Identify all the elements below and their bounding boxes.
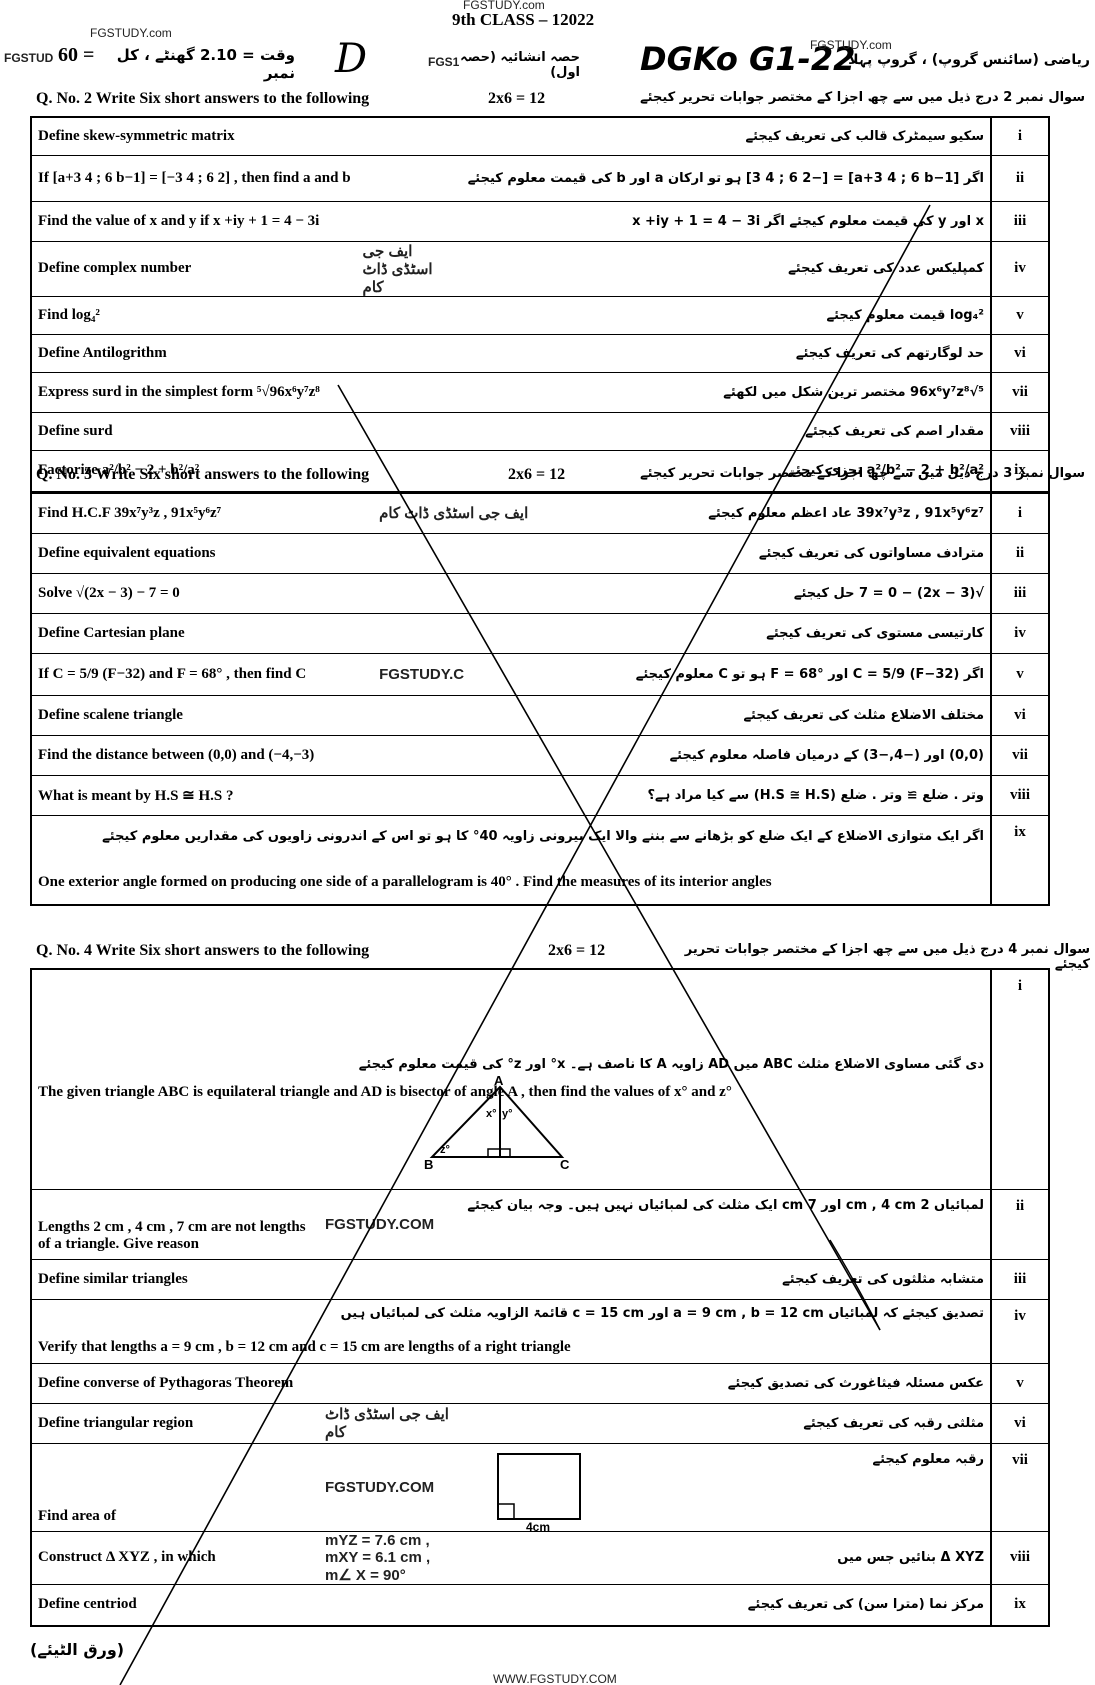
label-y: y° xyxy=(502,1108,513,1120)
question-urdu: لمبائیاں 2 cm , 4 cm اور 7 cm ایک مثلث ک… xyxy=(461,1189,991,1259)
question-number: vi xyxy=(991,1403,1049,1443)
question-middle xyxy=(357,117,462,155)
question-number: ix xyxy=(991,1584,1049,1626)
q4-marks: 2x6 = 12 xyxy=(548,942,605,960)
question-middle xyxy=(319,1259,461,1299)
question-number: ii xyxy=(991,1189,1049,1259)
watermark-right: FGSTUDY.com xyxy=(810,38,892,52)
question-english: Find H.C.F 39x⁷y³z , 91x⁵y⁶z⁷ xyxy=(31,493,373,533)
question-urdu: log₄² قیمت معلوم کیجئے xyxy=(462,296,991,334)
q2-marks: 2x6 = 12 xyxy=(488,90,545,108)
question-row: Define centriodمرکز نما (مترا سن) کی تعر… xyxy=(31,1584,1049,1626)
question-middle xyxy=(319,1363,461,1403)
question-bilingual-cell: اگر ایک متوازی الاضلاع کے ایک ضلع کو بڑھ… xyxy=(31,815,991,905)
question-row: Define complex numberایف جی اسٹڈی ڈاٹ کا… xyxy=(31,241,1049,296)
question-number: iii xyxy=(991,1259,1049,1299)
question-middle xyxy=(319,1584,461,1626)
question-urdu: کمپلیکس عدد کی تعریف کیجئے xyxy=(462,241,991,296)
q3-marks: 2x6 = 12 xyxy=(508,466,565,484)
question-number: ii xyxy=(991,533,1049,573)
question-english: If [a+3 4 ; 6 b−1] = [−3 4 ; 6 2] , then… xyxy=(31,155,357,201)
question-english: Find log₄² xyxy=(31,296,357,334)
question-middle xyxy=(357,296,462,334)
question-number: ii xyxy=(991,155,1049,201)
question-english: Find area of xyxy=(31,1443,319,1531)
question-english: Define similar triangles xyxy=(31,1259,319,1299)
question-urdu: کارتیسی مستوی کی تعریف کیجئے xyxy=(564,613,991,653)
question-english: Construct Δ XYZ , in which xyxy=(31,1531,319,1584)
question-middle: FGSTUDY.COM xyxy=(319,1189,461,1259)
question-urdu: مقدار اصم کی تعریف کیجئے xyxy=(462,412,991,450)
question-row: What is meant by H.S ≅ H.S ?وتر . ضلع ≅ … xyxy=(31,775,1049,815)
label-a: A xyxy=(494,1075,504,1088)
question-english: Define converse of Pythagoras Theorem xyxy=(31,1363,319,1403)
question-number: vi xyxy=(991,695,1049,735)
question-number: vii xyxy=(991,1443,1049,1531)
question-urdu: √(2x − 3) − 7 = 0 حل کیجئے xyxy=(564,573,991,613)
watermark-mid: FGS1 xyxy=(428,55,459,69)
question-middle xyxy=(373,695,564,735)
question-middle xyxy=(373,735,564,775)
q3-heading-urdu: سوال نمبر 3 درج ذیل میں سے چھ اجزا کے مخ… xyxy=(640,466,1085,481)
question-number: i xyxy=(991,493,1049,533)
question-row: Define scalene triangleمختلف الاضلاع مثل… xyxy=(31,695,1049,735)
question-english: Find the value of x and y if x +iy + 1 =… xyxy=(31,201,357,241)
q3-table: Find H.C.F 39x⁷y³z , 91x⁵y⁶z⁷ایف جی اسٹڈ… xyxy=(30,492,1050,906)
question-middle xyxy=(357,155,462,201)
question-number: v xyxy=(991,1363,1049,1403)
question-urdu: Δ XYZ بنائیں جس میں xyxy=(461,1531,991,1584)
question-urdu: سکیو سیمٹرک قالب کی تعریف کیجئے xyxy=(462,117,991,155)
question-number: iii xyxy=(991,573,1049,613)
question-english: Define centriod xyxy=(31,1584,319,1626)
question-number: iv xyxy=(991,241,1049,296)
question-urdu: تصدیق کیجئے کہ لمبائیاں a = 9 cm , b = 1… xyxy=(38,1306,984,1321)
question-row: Find H.C.F 39x⁷y³z , 91x⁵y⁶z⁷ایف جی اسٹڈ… xyxy=(31,493,1049,533)
q3-heading: Q. No. 3 Write Six short answers to the … xyxy=(36,466,369,484)
question-middle: ایف جی اسٹڈی ڈاٹ کام xyxy=(319,1403,461,1443)
label-x: x° xyxy=(486,1108,497,1120)
question-row: Find the distance between (0,0) and (−4,… xyxy=(31,735,1049,775)
question-english: What is meant by H.S ≅ H.S ? xyxy=(31,775,373,815)
question-row: Define Antilogrithmحد لوگارتھم کی تعریف … xyxy=(31,334,1049,372)
class-title: 9th CLASS – 12022 xyxy=(452,10,594,30)
question-english: Verify that lengths a = 9 cm , b = 12 cm… xyxy=(38,1339,984,1356)
question-row: Define surdمقدار اصم کی تعریف کیجئےviii xyxy=(31,412,1049,450)
question-middle: ایف جی اسٹڈی ڈاٹ کام xyxy=(373,493,564,533)
question-middle: ایف جی اسٹڈی ڈاٹ کام xyxy=(357,241,462,296)
question-number: vii xyxy=(991,735,1049,775)
question-number: viii xyxy=(991,1531,1049,1584)
question-english: Define Cartesian plane xyxy=(31,613,373,653)
question-middle xyxy=(357,372,462,412)
question-row: Find log₄²log₄² قیمت معلوم کیجئےv xyxy=(31,296,1049,334)
question-english: Define surd xyxy=(31,412,357,450)
handwritten-mark: D xyxy=(335,36,367,82)
question-urdu: مرکز نما (مترا سن) کی تعریف کیجئے xyxy=(461,1584,991,1626)
question-row: اگر ایک متوازی الاضلاع کے ایک ضلع کو بڑھ… xyxy=(31,815,1049,905)
question-english: Define triangular region xyxy=(31,1403,319,1443)
q2-heading: Q. No. 2 Write Six short answers to the … xyxy=(36,90,369,108)
question-english: Find the distance between (0,0) and (−4,… xyxy=(31,735,373,775)
question-number: viii xyxy=(991,412,1049,450)
question-number: i xyxy=(991,117,1049,155)
q2-heading-urdu: سوال نمبر 2 درج ذیل میں سے چھ اجزا کے مخ… xyxy=(640,90,1085,105)
question-urdu: اگر ایک متوازی الاضلاع کے ایک ضلع کو بڑھ… xyxy=(38,829,984,844)
question-middle xyxy=(373,573,564,613)
watermark-left: FGSTUD xyxy=(4,51,53,65)
square-figure: 4cm xyxy=(496,1452,586,1532)
question-number: iv xyxy=(991,613,1049,653)
square-side-label: 4cm xyxy=(526,1520,550,1532)
question-bilingual-cell: تصدیق کیجئے کہ لمبائیاں a = 9 cm , b = 1… xyxy=(31,1299,991,1363)
question-number: i xyxy=(991,969,1049,1189)
question-urdu: حد لوگارتھم کی تعریف کیجئے xyxy=(462,334,991,372)
question-english: Define equivalent equations xyxy=(31,533,373,573)
question-row: Define triangular regionایف جی اسٹڈی ڈاٹ… xyxy=(31,1403,1049,1443)
question-row: Define similar trianglesمتشابہ مثلثوں کی… xyxy=(31,1259,1049,1299)
question-number: v xyxy=(991,653,1049,695)
question-number: viii xyxy=(991,775,1049,815)
question-urdu: ⁵√96x⁶y⁷z⁸ مختصر ترین شکل میں لکھئے xyxy=(462,372,991,412)
question-row: Express surd in the simplest form ⁵√96x⁶… xyxy=(31,372,1049,412)
question-english: Define complex number xyxy=(31,241,357,296)
question-row: Solve √(2x − 3) − 7 = 0√(2x − 3) − 7 = 0… xyxy=(31,573,1049,613)
question-english: Define skew-symmetric matrix xyxy=(31,117,357,155)
watermark-small: FGSTUDY.com xyxy=(90,26,172,40)
question-middle: FGSTUDY.COM xyxy=(319,1443,461,1531)
question-urdu: 39x⁷y³z , 91x⁵y⁶z⁷ عاد اعظم معلوم کیجئے xyxy=(564,493,991,533)
question-english: One exterior angle formed on producing o… xyxy=(38,874,984,891)
question-middle xyxy=(373,775,564,815)
question-urdu: اگر [a+3 4 ; 6 b−1] = [−3 4 ; 6 2] ہو تو… xyxy=(462,155,991,201)
triangle-abc-figure: A B C x° y° z° xyxy=(420,1075,580,1170)
question-number: v xyxy=(991,296,1049,334)
question-middle xyxy=(357,334,462,372)
question-middle: mYZ = 7.6 cm , mXY = 6.1 cm , m∠ X = 90° xyxy=(319,1531,461,1584)
question-number: iii xyxy=(991,201,1049,241)
question-row: Construct Δ XYZ , in whichmYZ = 7.6 cm ,… xyxy=(31,1531,1049,1584)
subject-urdu: ریاضی (سائنس گروپ) ، گروپ پہلا xyxy=(800,52,1090,68)
question-number: vi xyxy=(991,334,1049,372)
question-english: Express surd in the simplest form ⁵√96x⁶… xyxy=(31,372,357,412)
question-english: Define scalene triangle xyxy=(31,695,373,735)
question-row: Define skew-symmetric matrixسکیو سیمٹرک … xyxy=(31,117,1049,155)
question-middle xyxy=(357,412,462,450)
question-middle xyxy=(357,201,462,241)
question-row: Define equivalent equationsمترادف مساوات… xyxy=(31,533,1049,573)
question-urdu: دی گئی مساوی الاضلاع مثلث ABC میں AD زاو… xyxy=(38,1057,984,1072)
question-row: If [a+3 4 ; 6 b−1] = [−3 4 ; 6 2] , then… xyxy=(31,155,1049,201)
question-urdu: x اور y کی قیمت معلوم کیجئے اگر x +iy + … xyxy=(462,201,991,241)
question-row: تصدیق کیجئے کہ لمبائیاں a = 9 cm , b = 1… xyxy=(31,1299,1049,1363)
question-urdu: مترادف مساواتوں کی تعریف کیجئے xyxy=(564,533,991,573)
question-number: iv xyxy=(991,1299,1049,1363)
question-urdu: مختلف الاضلاع مثلث کی تعریف کیجئے xyxy=(564,695,991,735)
turn-over-note: (ورق الٹیئے) xyxy=(30,1640,124,1659)
question-middle xyxy=(373,613,564,653)
question-english: Solve √(2x − 3) − 7 = 0 xyxy=(31,573,373,613)
question-urdu: اگر C = 5/9 (F−32) اور F = 68° ہو تو C م… xyxy=(564,653,991,695)
question-row: Define converse of Pythagoras Theoremعکس… xyxy=(31,1363,1049,1403)
question-number: vii xyxy=(991,372,1049,412)
question-english: Lengths 2 cm , 4 cm , 7 cm are not lengt… xyxy=(31,1189,319,1259)
label-z: z° xyxy=(440,1144,450,1156)
time-marks-urdu: وقت = 2.10 گھنٹے ، کل نمبر xyxy=(95,46,295,82)
question-urdu: (0,0) اور (−4,−3) کے درمیان فاصلہ معلوم … xyxy=(564,735,991,775)
label-b: B xyxy=(424,1157,433,1170)
bottom-watermark: WWW.FGSTUDY.COM xyxy=(493,1672,617,1685)
total-marks: 60 = xyxy=(58,44,94,67)
question-row: If C = 5/9 (F−32) and F = 68° , then fin… xyxy=(31,653,1049,695)
question-middle: FGSTUDY.C xyxy=(373,653,564,695)
question-middle xyxy=(373,533,564,573)
q4-heading: Q. No. 4 Write Six short answers to the … xyxy=(36,942,369,960)
question-number: ix xyxy=(991,815,1049,905)
question-english: Define Antilogrithm xyxy=(31,334,357,372)
question-urdu: وتر . ضلع ≅ وتر . ضلع (H.S ≅ H.S) سے کیا… xyxy=(564,775,991,815)
question-row: Define Cartesian planeکارتیسی مستوی کی ت… xyxy=(31,613,1049,653)
question-urdu: عکس مسئلہ فیثاغورث کی تصدیق کیجئے xyxy=(461,1363,991,1403)
question-urdu: متشابہ مثلثوں کی تعریف کیجئے xyxy=(461,1259,991,1299)
part-urdu: حصہ انشائیہ (حصہ اول) xyxy=(460,50,580,80)
q2-table: Define skew-symmetric matrixسکیو سیمٹرک … xyxy=(30,116,1050,493)
label-c: C xyxy=(560,1157,570,1170)
question-row: Find the value of x and y if x +iy + 1 =… xyxy=(31,201,1049,241)
question-urdu: مثلثی رقبہ کی تعریف کیجئے xyxy=(461,1403,991,1443)
question-row: Lengths 2 cm , 4 cm , 7 cm are not lengt… xyxy=(31,1189,1049,1259)
question-middle xyxy=(357,450,462,492)
question-english: If C = 5/9 (F−32) and F = 68° , then fin… xyxy=(31,653,373,695)
